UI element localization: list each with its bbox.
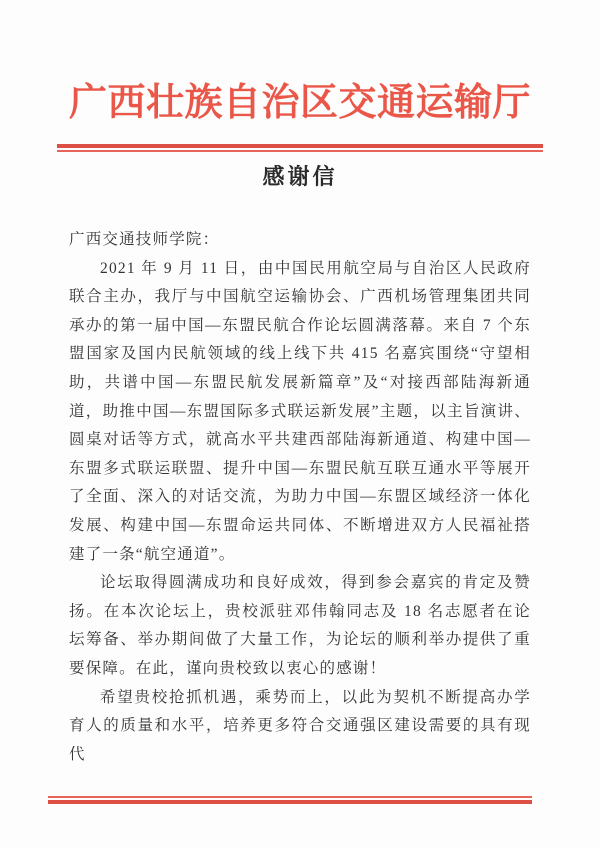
body-paragraph: 希望贵校抢抓机遇，乘势而上，以此为契机不断提高办学育人的质量和水平，培养更多符合… <box>69 684 531 770</box>
letterhead-title: 广西壮族自治区交通运输厅 <box>0 78 600 128</box>
body-paragraph: 论坛取得圆满成功和良好成效，得到参会嘉宾的肯定及赞扬。在本次论坛上，贵校派驻邓伟… <box>69 569 531 683</box>
footer-thick-line <box>48 800 532 804</box>
letterhead: 广西壮族自治区交通运输厅 <box>0 0 600 152</box>
divider-thin-line <box>57 150 543 152</box>
letterhead-divider <box>57 144 543 152</box>
salutation: 广西交通技师学院： <box>69 226 531 255</box>
letter-body: 广西交通技师学院： 2021 年 9 月 11 日，由中国民用航空局与自治区人民… <box>69 226 531 769</box>
document-page: 广西壮族自治区交通运输厅 感谢信 广西交通技师学院： 2021 年 9 月 11… <box>0 0 600 848</box>
document-title: 感谢信 <box>0 162 600 192</box>
body-paragraph: 2021 年 9 月 11 日，由中国民用航空局与自治区人民政府联合主办，我厅与… <box>69 255 531 570</box>
paragraph-list: 2021 年 9 月 11 日，由中国民用航空局与自治区人民政府联合主办，我厅与… <box>69 255 531 770</box>
footer-divider <box>48 796 532 804</box>
divider-thick-line <box>57 144 543 148</box>
footer-thin-line <box>48 796 532 798</box>
